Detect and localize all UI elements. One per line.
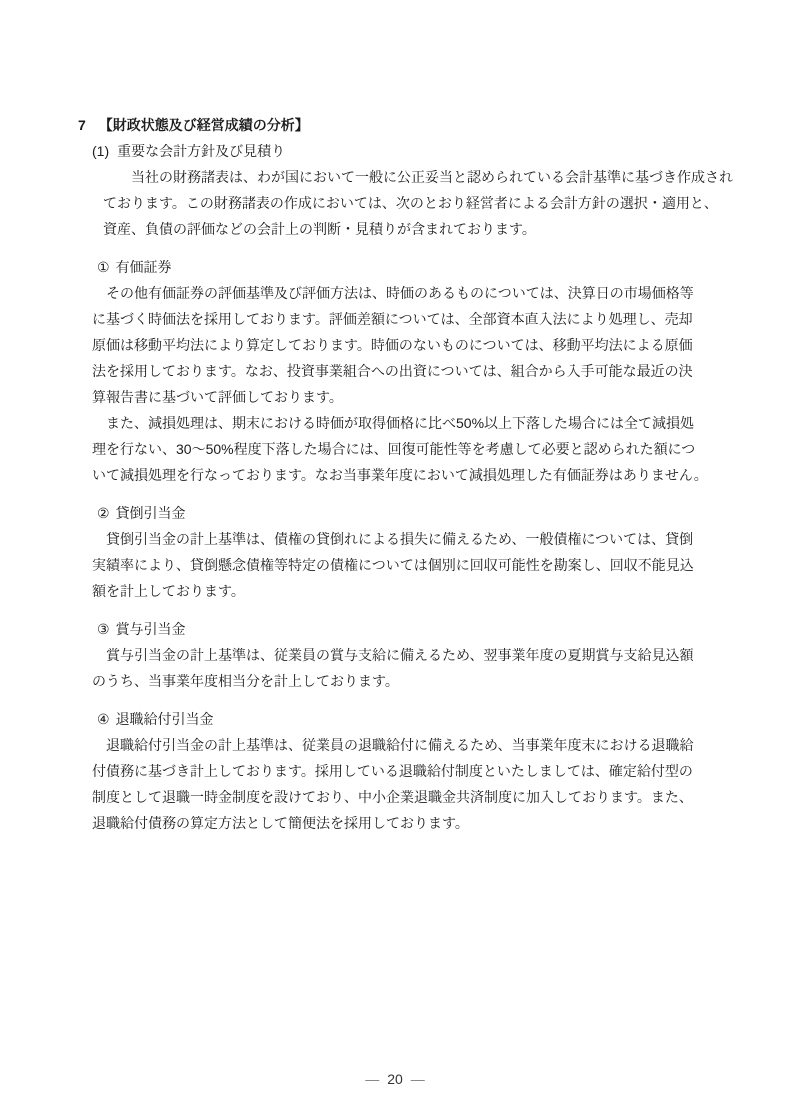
document-heading-number: 7 bbox=[78, 112, 86, 138]
subsection-retirement-benefits: ④ 退職給付引当金 退職給付引当金の計上基準は、従業員の退職給付に備えるため、当… bbox=[0, 706, 790, 836]
footer-left-dash: — bbox=[365, 1071, 379, 1087]
subsection-number: ③ bbox=[97, 616, 110, 642]
subsection-heading: ② 貸倒引当金 bbox=[97, 500, 790, 526]
subsection-heading: ③ 賞与引当金 bbox=[97, 616, 790, 642]
subsection-title: 貸倒引当金 bbox=[116, 500, 186, 526]
subsection-paragraph: 貸倒引当金の計上基準は、債権の貸倒れによる損失に備えるため、一般債権については、… bbox=[92, 526, 790, 604]
subsection-paragraph: その他有価証券の評価基準及び評価方法は、時価のあるものについては、決算日の市場価… bbox=[92, 280, 790, 410]
subsection-securities: ① 有価証券 その他有価証券の評価基準及び評価方法は、時価のあるものについては、… bbox=[0, 254, 790, 488]
subsection-bonus-reserve: ③ 賞与引当金 賞与引当金の計上基準は、従業員の賞与支給に備えるため、翌事業年度… bbox=[0, 616, 790, 694]
clause-title: 重要な会計方針及び見積り bbox=[117, 138, 285, 164]
subsection-title: 有価証券 bbox=[116, 254, 172, 280]
subsection-number: ② bbox=[97, 500, 110, 526]
footer-right-dash: — bbox=[411, 1071, 425, 1087]
subsection-allowance-doubtful-accounts: ② 貸倒引当金 貸倒引当金の計上基準は、債権の貸倒れによる損失に備えるため、一般… bbox=[0, 500, 790, 604]
document-page: 7 【財政状態及び経営成績の分析】 (1) 重要な会計方針及び見積り 当社の財務… bbox=[0, 112, 790, 836]
subsection-heading: ① 有価証券 bbox=[97, 254, 790, 280]
subsection-number: ① bbox=[97, 254, 110, 280]
subsection-paragraph: 賞与引当金の計上基準は、従業員の賞与支給に備えるため、翌事業年度の夏期賞与支給見… bbox=[92, 642, 790, 694]
intro-paragraph: 当社の財務諸表は、わが国において一般に公正妥当と認められている会計基準に基づき作… bbox=[103, 164, 790, 242]
subsection-paragraph: また、減損処理は、期末における時価が取得価格に比べ50%以上下落した場合には全て… bbox=[92, 410, 790, 488]
subsection-title: 賞与引当金 bbox=[116, 616, 186, 642]
subsection-title: 退職給付引当金 bbox=[116, 706, 214, 732]
page-number: 20 bbox=[387, 1071, 403, 1087]
subsection-number: ④ bbox=[97, 706, 110, 732]
document-heading: 7 【財政状態及び経営成績の分析】 bbox=[78, 112, 790, 138]
clause-heading: (1) 重要な会計方針及び見積り bbox=[92, 138, 790, 164]
subsection-heading: ④ 退職給付引当金 bbox=[97, 706, 790, 732]
page-footer: —20— bbox=[0, 1066, 790, 1092]
subsection-paragraph: 退職給付引当金の計上基準は、従業員の退職給付に備えるため、当事業年度末における退… bbox=[92, 732, 790, 836]
clause-number: (1) bbox=[92, 138, 109, 164]
document-heading-title: 【財政状態及び経営成績の分析】 bbox=[99, 112, 309, 138]
